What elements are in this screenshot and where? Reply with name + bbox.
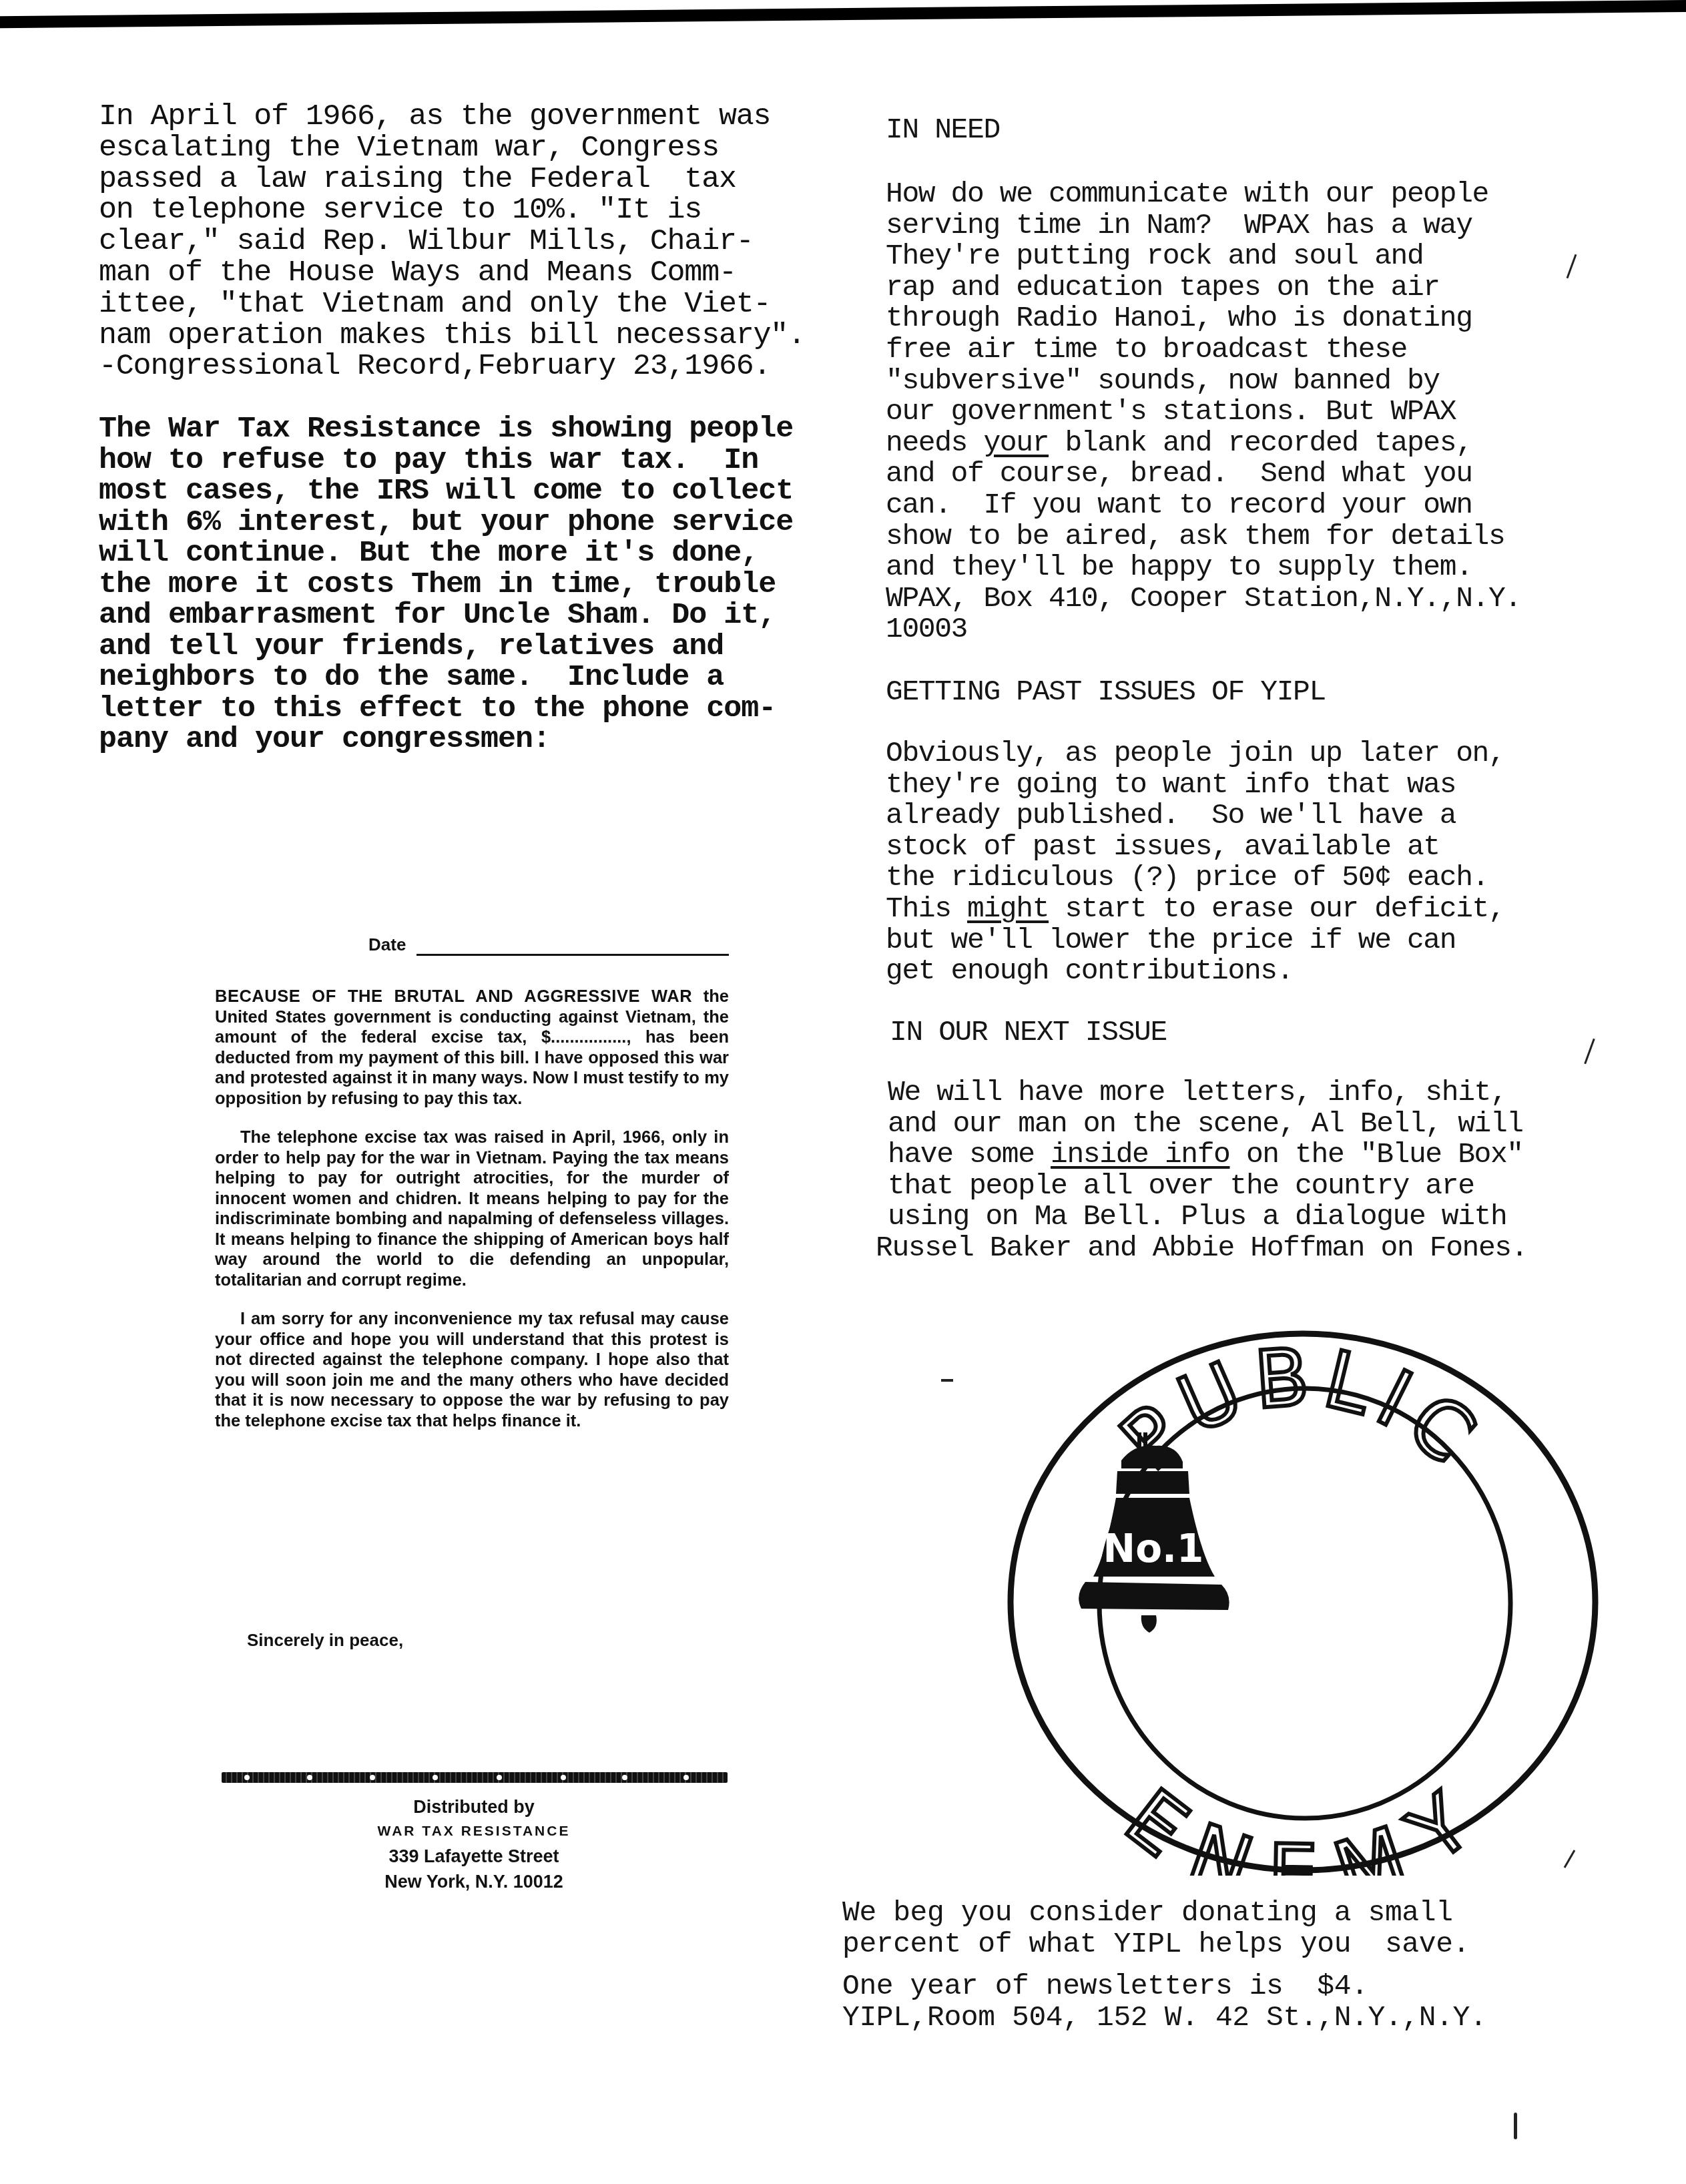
letter-paragraph-2: The telephone excise tax was raised in A…: [215, 1127, 729, 1290]
distributed-by-label: Distributed by: [320, 1794, 627, 1820]
intro-line: In April of 1966, as the government was: [99, 101, 805, 133]
intro-line: ittee, "that Vietnam and only the Viet-: [99, 289, 805, 320]
resistance-line: will continue. But the more it's done,: [99, 538, 793, 569]
distributor-block: Distributed by WAR TAX RESISTANCE 339 La…: [320, 1794, 627, 1894]
bell-label: No.1: [1103, 1526, 1204, 1571]
donation-appeal-line: We beg you consider donating a small: [842, 1897, 1486, 1928]
date-field[interactable]: Date: [368, 934, 729, 961]
emphasis-your: your: [983, 427, 1049, 459]
past-issues-price-line: the ridiculous (?) price of 50¢ each.: [886, 862, 1504, 894]
intro-line: escalating the Vietnam war, Congress: [99, 133, 805, 164]
past-issues-line: stock of past issues, available at: [886, 832, 1504, 863]
scan-mark: [1514, 2113, 1517, 2139]
in-need-line: They're putting rock and soul and: [886, 241, 1521, 272]
past-issues-line: but we'll lower the price if we can: [886, 925, 1504, 957]
letter-opening-caps: BECAUSE OF THE BRUTAL AND AGGRESSIVE WAR: [215, 987, 692, 1006]
resistance-line: pany and your congressmen:: [99, 724, 793, 756]
intro-line: nam operation makes this bill necessary"…: [99, 320, 805, 352]
public-enemy-emblem: PUBLIC ENEMY No.1: [1001, 1328, 1602, 1876]
in-need-line: and of course, bread. Send what you: [886, 459, 1521, 490]
intro-line: on telephone service to 10%. "It is: [99, 195, 805, 226]
resistance-line: and tell your friends, relatives and: [99, 631, 793, 663]
perforated-cut-line: [222, 1772, 728, 1783]
scan-mark: [1567, 254, 1577, 279]
resistance-line: letter to this effect to the phone com-: [99, 694, 793, 725]
past-issues-line: they're going to want info that was: [886, 770, 1504, 801]
in-need-line: serving time in Nam? WPAX has a way: [886, 210, 1521, 242]
intro-paragraph: In April of 1966, as the government was …: [99, 101, 805, 382]
next-issue-line: using on Ma Bell. Plus a dialogue with: [876, 1201, 1527, 1233]
resistance-line: how to refuse to pay this war tax. In: [99, 445, 793, 477]
in-need-line: How do we communicate with our people: [886, 179, 1521, 210]
next-issue-line: and our man on the scene, Al Bell, will: [876, 1109, 1527, 1140]
next-issue-section: IN OUR NEXT ISSUE: [890, 1016, 1167, 1049]
emphasis-might: might: [967, 892, 1049, 925]
next-issue-line: Russel Baker and Abbie Hoffman on Fones.: [876, 1233, 1527, 1264]
letter-paragraph-3: I am sorry for any inconvenience my tax …: [215, 1309, 729, 1431]
bell-icon: No.1: [1079, 1432, 1229, 1633]
past-issues-line: Obviously, as people join up later on,: [886, 738, 1504, 770]
resistance-line: neighbors to do the same. Include a: [99, 662, 793, 694]
intro-line: clear," said Rep. Wilbur Mills, Chair-: [99, 226, 805, 258]
resistance-line: with 6% interest, but your phone service: [99, 507, 793, 539]
scan-top-edge: [0, 0, 1686, 28]
in-need-line: can. If you want to record your own: [886, 490, 1521, 521]
wpax-zip: 10003: [886, 614, 1521, 645]
distributor-org-name: WAR TAX RESISTANCE: [320, 1820, 627, 1844]
in-need-section: IN NEED: [886, 113, 1000, 146]
in-need-heading: IN NEED: [886, 113, 1000, 146]
in-need-line: our government's stations. But WPAX: [886, 396, 1521, 428]
in-need-line: "subversive" sounds, now banned by: [886, 366, 1521, 397]
next-issue-line: We will have more letters, info, shit,: [876, 1077, 1527, 1109]
in-need-line: through Radio Hanoi, who is donating: [886, 303, 1521, 334]
scan-mark: [1584, 1039, 1595, 1065]
emblem-bottom-text: ENEMY: [1109, 1771, 1494, 1876]
in-need-line: rap and education tapes on the air: [886, 272, 1521, 304]
next-issue-line: that people all over the country are: [876, 1171, 1527, 1202]
resistance-line: and embarrasment for Uncle Sham. Do it,: [99, 600, 793, 631]
letter-signoff: Sincerely in peace,: [247, 1630, 403, 1651]
letter-paragraph-1: BECAUSE OF THE BRUTAL AND AGGRESSIVE WAR…: [215, 987, 729, 1109]
in-need-line: needs your blank and recorded tapes,: [886, 428, 1521, 459]
distributor-city: New York, N.Y. 10012: [320, 1869, 627, 1894]
resistance-line: most cases, the IRS will come to collect: [99, 476, 793, 507]
war-tax-resistance-paragraph: The War Tax Resistance is showing people…: [99, 414, 793, 756]
next-issue-line: have some inside info on the "Blue Box": [876, 1139, 1527, 1171]
resistance-line: the more it costs Them in time, trouble: [99, 569, 793, 601]
date-blank-line: [416, 954, 729, 956]
emphasis-inside-info: inside info: [1051, 1138, 1229, 1171]
letter-body: BECAUSE OF THE BRUTAL AND AGGRESSIVE WAR…: [215, 987, 729, 1450]
next-issue-body: We will have more letters, info, shit, a…: [876, 1077, 1527, 1264]
date-label: Date: [368, 934, 406, 954]
past-issues-line: get enough contributions.: [886, 956, 1504, 987]
in-need-line: free air time to broadcast these: [886, 334, 1521, 366]
subscription-price: One year of newsletters is $4.: [842, 1970, 1486, 2002]
in-need-body: How do we communicate with our people se…: [886, 179, 1521, 645]
past-issues-body: Obviously, as people join up later on, t…: [886, 738, 1504, 987]
past-issues-line: already published. So we'll have a: [886, 800, 1504, 832]
resistance-line: The War Tax Resistance is showing people: [99, 414, 793, 445]
yipl-address: YIPL,Room 504, 152 W. 42 St.,N.Y.,N.Y.: [842, 2002, 1486, 2033]
past-issues-section: GETTING PAST ISSUES OF YIPL: [886, 675, 1326, 708]
intro-line: man of the House Ways and Means Comm-: [99, 258, 805, 289]
donation-appeal-line: percent of what YIPL helps you save.: [842, 1928, 1486, 1960]
scan-mark: [941, 1379, 953, 1382]
past-issues-line: This might start to erase our deficit,: [886, 894, 1504, 925]
past-issues-heading: GETTING PAST ISSUES OF YIPL: [886, 675, 1326, 708]
intro-citation: -Congressional Record,February 23,1966.: [99, 351, 805, 382]
donation-footer: We beg you consider donating a small per…: [842, 1897, 1486, 2033]
next-issue-heading: IN OUR NEXT ISSUE: [890, 1016, 1167, 1049]
wpax-address: WPAX, Box 410, Cooper Station,N.Y.,N.Y.: [886, 583, 1521, 615]
in-need-line: and they'll be happy to supply them.: [886, 552, 1521, 583]
intro-line: passed a law raising the Federal tax: [99, 164, 805, 196]
in-need-line: show to be aired, ask them for details: [886, 521, 1521, 553]
distributor-street: 339 Lafayette Street: [320, 1844, 627, 1869]
